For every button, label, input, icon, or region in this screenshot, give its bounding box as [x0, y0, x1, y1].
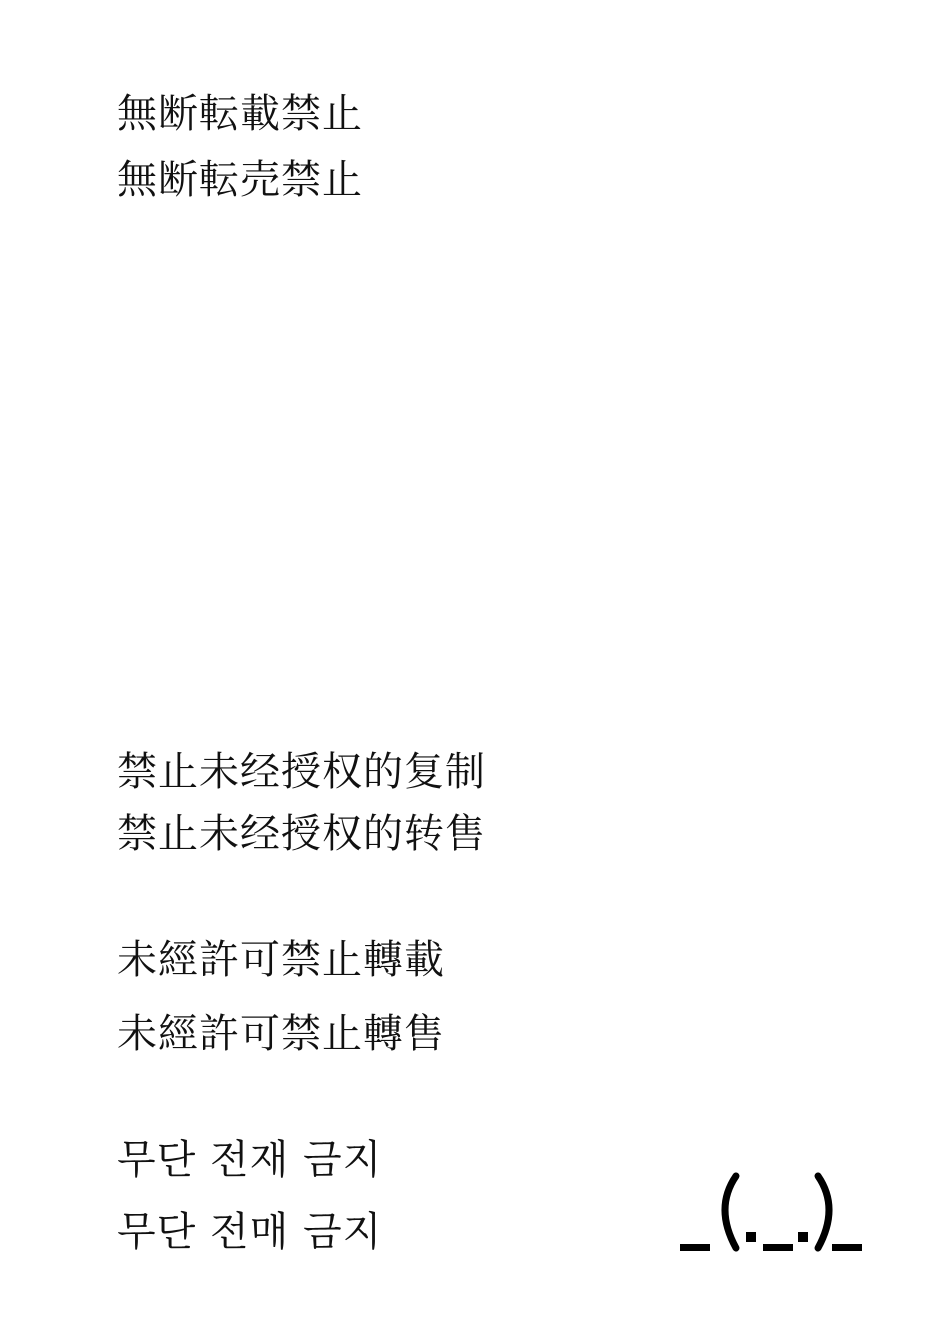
chinese-simplified-notice-no-copy: 禁止未经授权的复制 [117, 748, 486, 796]
chinese-traditional-notice-no-reprint: 未經許可禁止轉載 [117, 936, 445, 984]
chinese-simplified-notice-no-resale: 禁止未经授权的转售 [117, 810, 486, 858]
bowing-emoticon-icon [678, 1166, 862, 1256]
japanese-notice-no-reprint: 無断転載禁止 [117, 90, 363, 138]
chinese-traditional-notice-no-resale: 未經許可禁止轉售 [117, 1010, 445, 1058]
korean-notice-no-reprint: 무단 전재 금지 [117, 1136, 382, 1184]
korean-notice-no-resale: 무단 전매 금지 [117, 1208, 382, 1256]
japanese-notice-no-resale: 無断転売禁止 [117, 156, 363, 204]
